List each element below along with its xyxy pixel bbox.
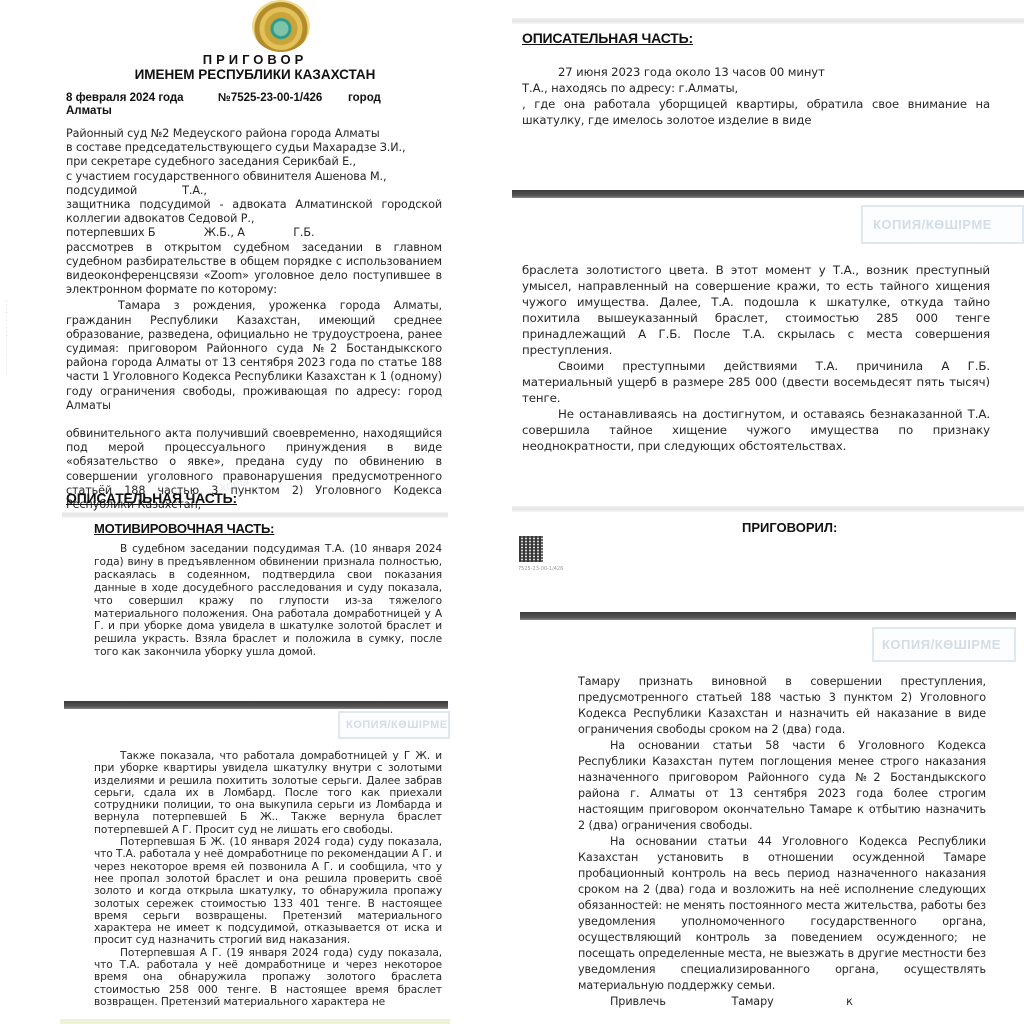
verdict-heading: ПРИГОВОРИЛ: <box>742 520 837 535</box>
intro-line: при секретаре судебного заседания Серикб… <box>66 155 442 169</box>
qr-caption: 7525-23-00-1/426 <box>518 566 563 572</box>
descriptive-line: , где она работала уборщицей квартиры, о… <box>522 96 990 128</box>
descriptive-line: 27 июня 2023 года около 13 часов 00 мину… <box>522 64 990 80</box>
section-descriptive-heading: ОПИСАТЕЛЬНАЯ ЧАСТЬ: <box>66 490 237 506</box>
intro-line: Районный суд №2 Медеуского района города… <box>66 127 442 141</box>
section-motivational-heading: МОТИВИРОВОЧНАЯ ЧАСТЬ: <box>94 521 274 536</box>
page-separator <box>512 18 1024 24</box>
victim-1-testimony: Потерпевшая Б Ж. (10 января 2024 года) с… <box>94 836 442 947</box>
theft-description: браслета золотистого цвета. В этот момен… <box>522 262 990 358</box>
damage-description: Своими преступными действиями Т.А. причи… <box>522 358 990 406</box>
page-break-bar <box>64 701 448 709</box>
verdict-guilty: Тамару признать виновной в совершении пр… <box>578 674 986 738</box>
verdict-sentence-merge: На основании статьи 58 части 6 Уголовног… <box>578 738 986 834</box>
case-number: №7525-23-00-1/426 <box>218 92 322 105</box>
city-name: Алматы <box>66 105 112 117</box>
victims-line: потерпевших Б Ж.Б., А Г.Б. <box>66 226 442 240</box>
state-emblem-icon <box>252 0 310 52</box>
verdict-continuation: Привлечь Тамару к <box>578 994 986 1010</box>
intro-line: с участием государственного обвинителя А… <box>66 170 442 184</box>
vertical-margin-note: · · · · · · · · · · · · · · · · · · · · <box>4 300 11 374</box>
verdict-date: 8 февраля 2024 года <box>66 92 184 104</box>
descriptive-part: 27 июня 2023 года около 13 часов 00 мину… <box>522 64 990 128</box>
page-separator <box>512 506 1024 512</box>
page-separator <box>62 512 448 518</box>
intro-line: подсудимой Т.А., <box>66 184 442 198</box>
document-subtitle: ИМЕНЕМ РЕСПУБЛИКИ КАЗАХСТАН <box>60 67 450 82</box>
descriptive-line: Т.А., находясь по адресу: г.Алматы, <box>522 80 990 96</box>
defense-counsel: защитника подсудимой - адвоката Алматинс… <box>66 198 442 226</box>
page-break-bar <box>520 612 1016 620</box>
motivational-part: В судебном заседании подсудимая Т.А. (10… <box>94 543 442 659</box>
qr-code-icon[interactable] <box>519 536 543 562</box>
defendant-testimony: В судебном заседании подсудимая Т.А. (10… <box>94 543 442 659</box>
date-line: 8 февраля 2024 года №7525-23-00-1/426 го… <box>66 92 416 118</box>
descriptive-part-2: браслета золотистого цвета. В этот момен… <box>522 262 990 454</box>
copy-stamp: КОПИЯ/КӨШІРМЕ <box>338 711 450 739</box>
victim-2-testimony: Потерпевшая А Г. (19 января 2024 года) с… <box>94 947 442 1008</box>
copy-stamp: КОПИЯ/КӨШІРМЕ <box>872 627 1016 662</box>
copy-stamp: КОПИЯ/КӨШІРМЕ <box>861 205 1024 244</box>
city-label: город <box>348 92 381 105</box>
document-title: ПРИГОВОР <box>60 52 450 67</box>
repeat-offense-description: Не останавливаясь на достигнутом, и оста… <box>522 406 990 454</box>
hearing-description: рассмотрев в открытом судебном заседании… <box>66 241 442 298</box>
page-break-bar <box>512 190 1024 198</box>
court-composition: Районный суд №2 Медеуского района города… <box>66 127 442 512</box>
testimony-continuation: Также показала, что работала домработниц… <box>94 750 442 1008</box>
section-descriptive-heading-right: ОПИСАТЕЛЬНАЯ ЧАСТЬ: <box>522 30 693 46</box>
defendant-details: Тамара з рождения, уроженка города Алмат… <box>66 299 442 413</box>
defendant-testimony-2: Также показала, что работала домработниц… <box>94 750 442 836</box>
verdict-probation: На основании статьи 44 Уголовного Кодекс… <box>578 834 986 994</box>
page-edge <box>60 1019 450 1024</box>
verdict-part: Тамару признать виновной в совершении пр… <box>578 674 986 1010</box>
intro-line: в составе председательствующего судьи Ма… <box>66 141 442 155</box>
